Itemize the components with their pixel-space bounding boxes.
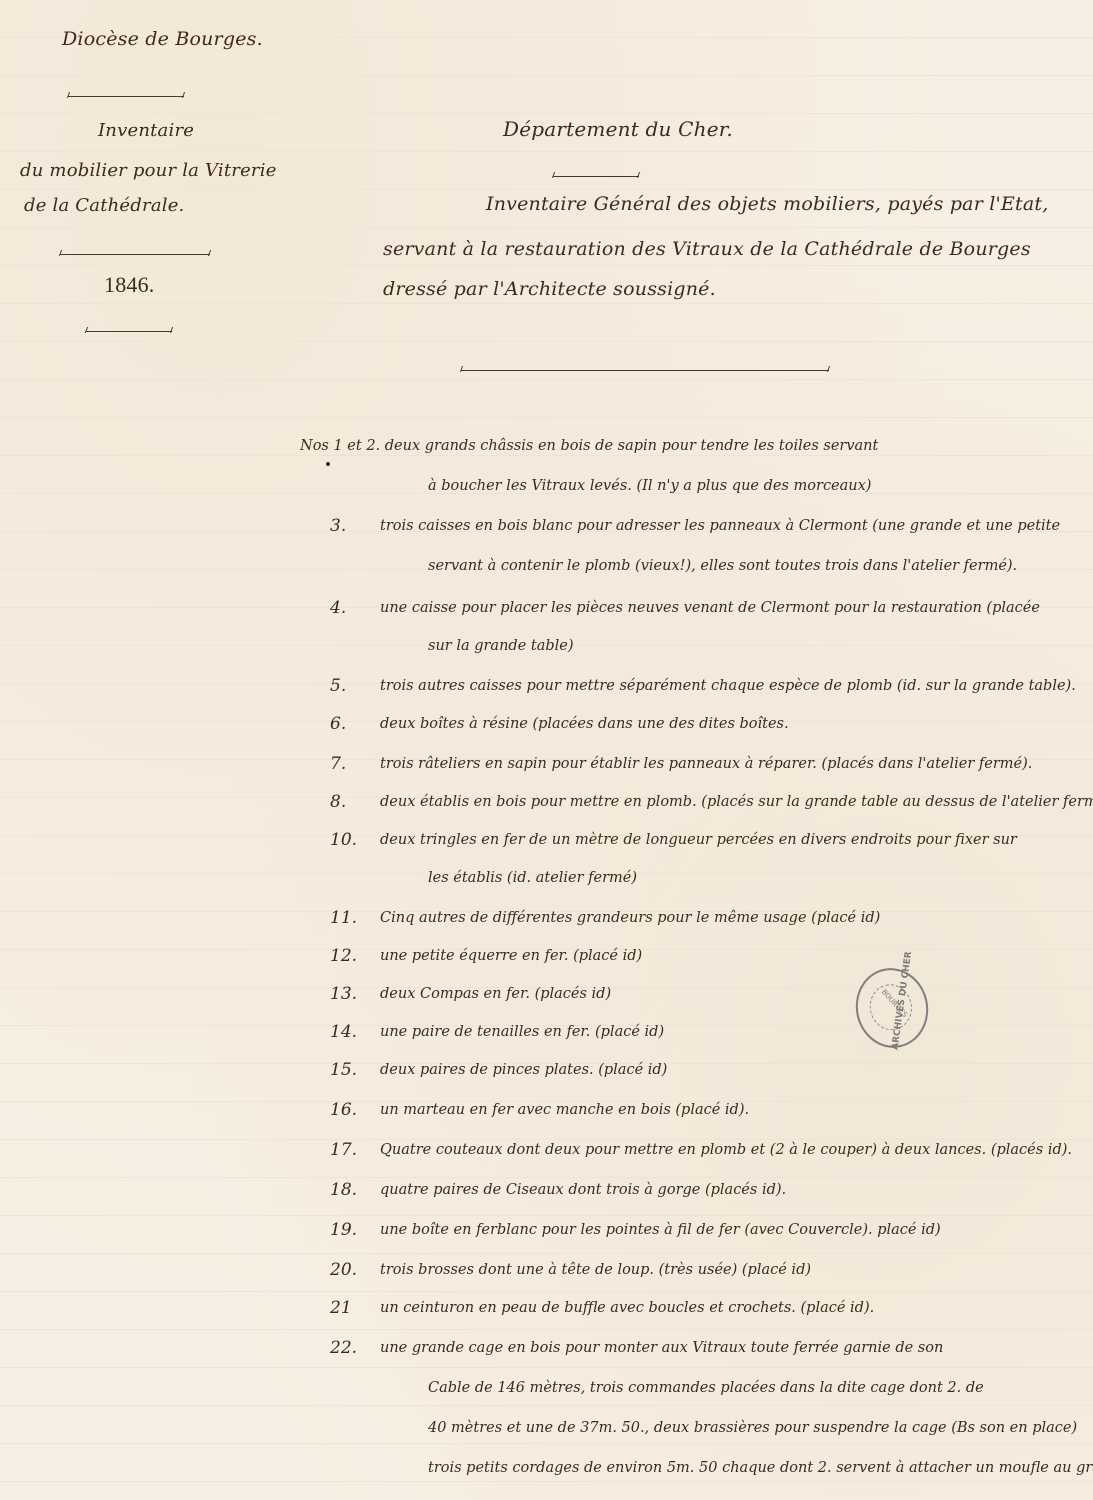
title-line-1: Inventaire Général des objets mobiliers,… [486, 193, 1048, 215]
document-year: 1846. [104, 272, 155, 298]
entry-number: 21 [330, 1298, 352, 1318]
title-line-2: servant à la restauration des Vitraux de… [383, 238, 1031, 260]
entry-number: 20. [330, 1260, 357, 1280]
entry-text: une petite équerre en fer. (placé id) [380, 948, 642, 964]
entry-number: 16. [330, 1100, 357, 1120]
entry-text: quatre paires de Ciseaux dont trois à go… [380, 1182, 786, 1198]
margin-inventory-title: Inventaire [98, 120, 194, 141]
entry-number: 8. [330, 792, 346, 812]
entry-text: Quatre couteaux dont deux pour mettre en… [380, 1142, 1072, 1158]
entry-text: trois petits cordages de environ 5m. 50 … [428, 1460, 1093, 1476]
entry-text: deux boîtes à résine (placées dans une d… [380, 716, 789, 732]
department-heading: Département du Cher. [503, 117, 733, 141]
divider-rule [60, 254, 210, 255]
divider-rule [553, 176, 639, 177]
entry-number: 17. [330, 1140, 357, 1160]
entry-text: une grande cage en bois pour monter aux … [380, 1340, 943, 1356]
entry-number: 10. [330, 830, 357, 850]
entry-text: deux Compas en fer. (placés id) [380, 986, 611, 1002]
entry-text: une boîte en ferblanc pour les pointes à… [380, 1222, 941, 1238]
entry-text: trois râteliers en sapin pour établir le… [380, 756, 1032, 772]
manuscript-page: Diocèse de Bourges. Inventaire du mobili… [0, 0, 1093, 1500]
margin-inventory-subtitle-2: de la Cathédrale. [24, 195, 184, 216]
entry-number: 4. [330, 598, 346, 618]
entry-text: un marteau en fer avec manche en bois (p… [380, 1102, 749, 1118]
entry-text: sur la grande table) [428, 638, 574, 654]
entry-number: 22. [330, 1338, 357, 1358]
entry-text: Cable de 146 mètres, trois commandes pla… [428, 1380, 984, 1396]
entry-text: deux tringles en fer de un mètre de long… [380, 832, 1017, 848]
entry-text: les établis (id. atelier fermé) [428, 870, 637, 886]
entry-text: à boucher les Vitraux levés. (Il n'y a p… [428, 478, 871, 494]
entry-text: deux paires de pinces plates. (placé id) [380, 1062, 667, 1078]
ink-dot [326, 462, 330, 466]
entry-number: 13. [330, 984, 357, 1004]
entry-number: 19. [330, 1220, 357, 1240]
divider-rule [68, 96, 184, 97]
margin-inventory-subtitle: du mobilier pour la Vitrerie [20, 160, 277, 181]
entry-text: trois caisses en bois blanc pour adresse… [380, 518, 1060, 534]
section-divider-rule [461, 370, 829, 371]
entry-text: trois autres caisses pour mettre séparém… [380, 678, 1076, 694]
entry-number: 18. [330, 1180, 357, 1200]
entry-number: 12. [330, 946, 357, 966]
entry-text: une caisse pour placer les pièces neuves… [380, 600, 1040, 616]
entry-text: servant à contenir le plomb (vieux!), el… [428, 558, 1017, 574]
entry-number: 7. [330, 754, 346, 774]
entry-number: 6. [330, 714, 346, 734]
entry-text: 40 mètres et une de 37m. 50., deux brass… [428, 1420, 1077, 1436]
entry-text: deux établis en bois pour mettre en plom… [380, 794, 1093, 810]
entry-text: Cinq autres de différentes grandeurs pou… [380, 910, 880, 926]
entry-text: trois brosses dont une à tête de loup. (… [380, 1262, 811, 1278]
entry-text: une paire de tenailles en fer. (placé id… [380, 1024, 664, 1040]
entry-number: 3. [330, 516, 346, 536]
entry-text: un ceinturon en peau de buffle avec bouc… [380, 1300, 874, 1316]
entry-number: 5. [330, 676, 346, 696]
diocese-heading: Diocèse de Bourges. [62, 28, 263, 50]
entry-number: 11. [330, 908, 357, 928]
entry-number: 14. [330, 1022, 357, 1042]
entry-number: 15. [330, 1060, 357, 1080]
entry-text: Nos 1 et 2. deux grands châssis en bois … [300, 438, 878, 454]
title-line-3: dressé par l'Architecte soussigné. [383, 278, 716, 300]
divider-rule [86, 331, 172, 332]
archive-stamp: ARCHIVES DU CHER BOURGES [848, 961, 935, 1054]
